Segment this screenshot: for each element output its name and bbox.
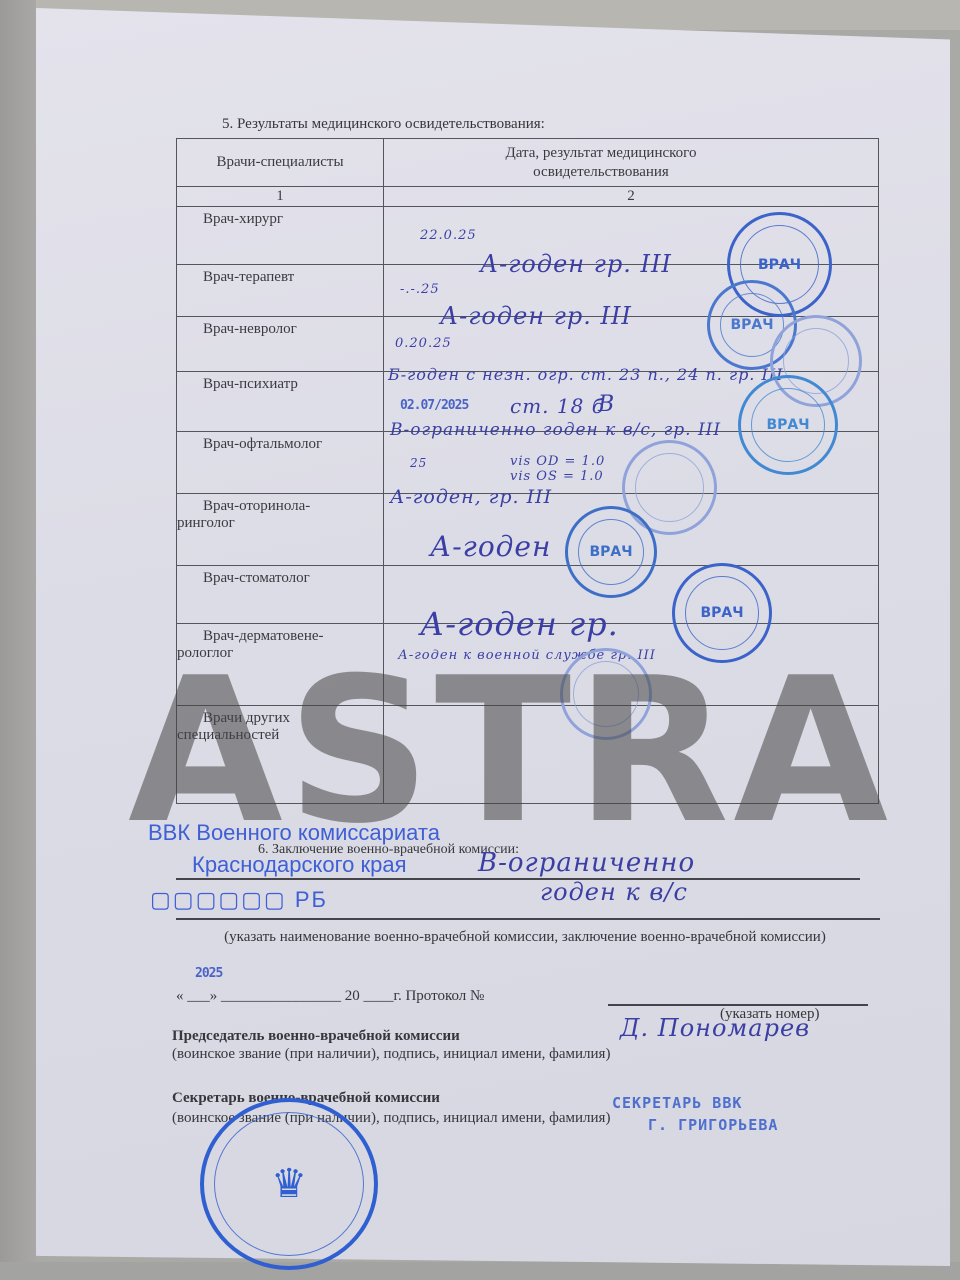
ophthalmologist-result: А-годен, гр. III xyxy=(390,486,552,508)
surgeon-date: 22.0.25 xyxy=(420,228,477,243)
column-header-specialists: Врачи-специалисты xyxy=(177,139,384,187)
column-header-results-text: Дата, результат медицинского освидетельс… xyxy=(501,144,701,182)
therapist-result: А-годен гр. III xyxy=(440,302,632,330)
specialist-otolaryngologist: Врач-оторинола- ринголог xyxy=(177,494,384,566)
conclusion-underline-2 xyxy=(176,918,880,920)
doctor-stamp-psychiatrist: ВРАЧ xyxy=(738,375,838,475)
ophthalmologist-vision-od: vis OD = 1.0 xyxy=(510,454,605,469)
conclusion-line2: годен к в/с xyxy=(540,878,688,906)
secretary-stamp-line2: Г. ГРИГОРЬЕВА xyxy=(648,1116,778,1134)
conclusion-underline-1 xyxy=(176,878,860,880)
otolaryngologist-result: А-годен xyxy=(430,530,551,563)
psychiatrist-article: ст. 18 б xyxy=(510,394,605,418)
conclusion-date-stamp: 2025 xyxy=(195,966,222,981)
commission-stamp-line3: ▢▢▢▢▢▢ РБ xyxy=(150,887,328,913)
specialist-ophthalmologist: Врач-офтальмолог xyxy=(177,432,384,494)
specialist-therapist: Врач-терапевт xyxy=(177,265,384,317)
eagle-emblem-icon: ♛ xyxy=(271,1161,307,1207)
stamp-label: ВРАЧ xyxy=(766,417,809,433)
stamp-label: ВРАЧ xyxy=(730,317,773,333)
ophthalmologist-vision-os: vis OS = 1.0 xyxy=(510,469,604,484)
stamp-label: ВРАЧ xyxy=(700,605,743,621)
specialist-neurologist: Врач-невролог xyxy=(177,317,384,372)
surgeon-result: А-годен гр. III xyxy=(480,250,672,278)
conclusion-hint: (указать наименование военно-врачебной к… xyxy=(190,927,860,947)
psychiatrist-result: В-ограниченно годен к в/с, гр. III xyxy=(390,420,721,440)
conclusion-line1: В-ограниченно xyxy=(478,848,695,878)
section-5-title: 5. Результаты медицинского освидетельств… xyxy=(222,116,545,133)
therapist-date: -.-.25 xyxy=(400,282,440,297)
stamp-label: ВРАЧ xyxy=(589,544,632,560)
chairman-label: Председатель военно-врачебной комиссии xyxy=(172,1028,460,1045)
date-protocol-line: « ___» ________________ 20 ____г. Проток… xyxy=(176,988,484,1005)
secretary-stamp-line1: СЕКРЕТАРЬ ВВК xyxy=(612,1094,742,1112)
commission-stamp-rb: РБ xyxy=(295,887,328,912)
specialist-otolaryngologist-line1: Врач-оторинола- xyxy=(177,498,377,515)
specialist-surgeon: Врач-хирург xyxy=(177,207,384,265)
stamp-label: ВРАЧ xyxy=(758,257,801,273)
specialist-otolaryngologist-line2: ринголог xyxy=(177,515,235,531)
background-surface-left xyxy=(0,0,36,1280)
column-number-2: 2 xyxy=(384,187,879,207)
commission-stamp-line2: Краснодарского края xyxy=(192,852,407,878)
background-surface-bottom xyxy=(0,1262,960,1280)
neurologist-result: Б-годен с незн. огр. ст. 23 п., 24 п. гр… xyxy=(388,365,783,384)
neurologist-date: 0.20.25 xyxy=(395,336,452,351)
doctor-stamp-otolaryngologist: ВРАЧ xyxy=(565,506,657,598)
specialist-dentist: Врач-стоматолог xyxy=(177,566,384,624)
column-number-1: 1 xyxy=(177,187,384,207)
official-seal: ♛ xyxy=(200,1098,378,1270)
chairman-rank-hint: (воинское звание (при наличии), подпись,… xyxy=(172,1046,610,1063)
psychiatrist-date-stamp: 02.07/2025 xyxy=(400,398,468,413)
ophthalmologist-date: 25 xyxy=(410,456,427,470)
specialist-psychiatrist: Врач-психиатр xyxy=(177,372,384,432)
chairman-signature: Д. Пономарев xyxy=(620,1014,810,1042)
column-header-results: Дата, результат медицинского освидетельс… xyxy=(384,139,879,187)
psychiatrist-category: В xyxy=(598,392,615,417)
